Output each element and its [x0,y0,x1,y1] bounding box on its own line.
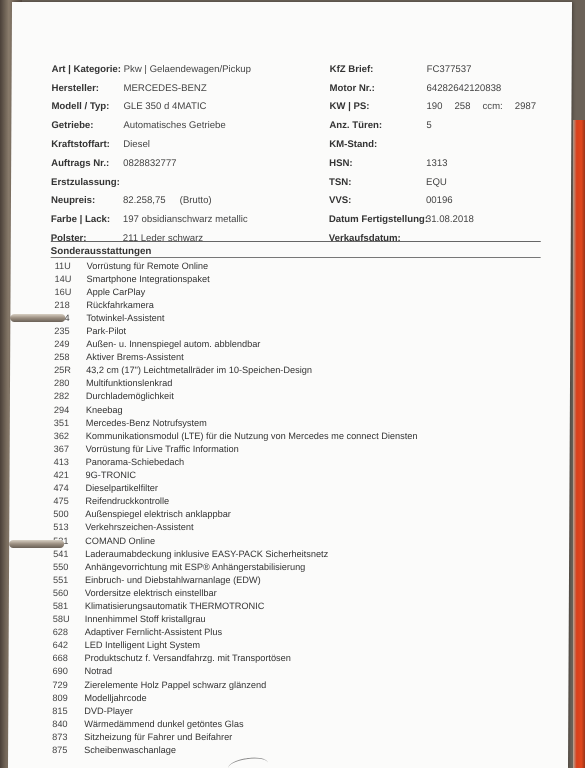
list-item: 362Kommunikationsmodul (LTE) für die Nut… [54,429,534,442]
equipment-code: 513 [53,522,85,532]
field-verkaufsdatum: Verkaufsdatum: [329,229,569,248]
list-item: 351Mercedes-Benz Notrufsystem [54,416,534,429]
equipment-description: Kommunikationsmodul (LTE) für die Nutzun… [86,431,418,441]
field-modell-typ: Modell / Typ:GLE 350 d 4MATIC [51,98,321,117]
equipment-description: Smartphone Integrationspaket [87,274,210,284]
list-item: 581Klimatisierungsautomatik THERMOTRONIC [53,599,533,612]
equipment-code: 362 [54,431,86,441]
equipment-description: Modelljahrcode [84,693,146,703]
field-motor-nr: Motor Nr.:64282642120838 [330,79,570,98]
equipment-code: 282 [54,391,86,401]
equipment-description: Adaptiver Fernlicht-Assistent Plus [85,627,222,637]
binder-ring-top [10,314,65,322]
equipment-description: Scheibenwaschanlage [84,745,176,755]
vehicle-data-sheet: Art | Kategorie:Pkw | Gelaendewagen/Pick… [8,2,572,768]
list-item: 4219G-TRONIC [53,469,533,482]
field-datum-fertigstellung: Datum Fertigstellung:31.08.2018 [329,210,569,229]
equipment-description: Kneebag [86,405,123,415]
field-km-stand: KM-Stand: [329,135,569,154]
equipment-code: 58U [53,614,85,624]
list-item: 413Panorama-Schiebedach [54,455,534,468]
field-kraftstoffart: Kraftstoffart:Diesel [51,135,321,154]
equipment-description: Reifendruckkontrolle [85,496,169,506]
field-anz-tueren: Anz. Türen:5 [329,116,569,135]
equipment-code: 550 [53,562,85,572]
list-item: 25R43,2 cm (17") Leichtmetallräder im 10… [54,364,534,377]
equipment-code: 421 [54,470,86,480]
equipment-code: 551 [53,575,85,585]
equipment-code: 351 [54,418,86,428]
field-kw-ps: KW | PS:190258ccm:2987 [329,98,569,117]
field-vvs: VVS:00196 [329,192,569,211]
list-item: 218Rückfahrkamera [54,298,534,311]
equipment-description: Totwinkel-Assistent [86,313,164,323]
list-item: 875Scheibenwaschanlage [52,743,532,756]
equipment-description: Notrad [84,666,112,676]
field-getriebe: Getriebe:Automatisches Getriebe [51,116,321,135]
field-erstzulassung: Erstzulassung: [51,173,321,192]
equipment-description: 9G-TRONIC [86,470,137,480]
binder-ring-bottom [9,540,64,548]
equipment-code: 500 [53,509,85,519]
equipment-code: 809 [52,693,84,703]
list-item: 500Außenspiegel elektrisch anklappbar [53,508,533,521]
equipment-code: 11U [55,261,87,271]
list-item: 14USmartphone Integrationspaket [55,272,535,285]
equipment-description: Innenhimmel Stoff kristallgrau [85,614,206,624]
equipment-code: 258 [54,352,86,362]
equipment-code: 668 [53,653,85,663]
equipment-code: 235 [54,326,86,336]
equipment-description: Aktiver Brems-Assistent [86,352,184,362]
list-item: 531COMAND Online [53,534,533,547]
equipment-code: 690 [52,666,84,676]
equipment-description: Apple CarPlay [86,287,145,297]
vehicle-info-left: Art | Kategorie:Pkw | Gelaendewagen/Pick… [51,60,322,248]
equipment-code: 14U [55,274,87,284]
equipment-code: 840 [52,719,84,729]
field-kfz-brief: KfZ Brief:FC377537 [330,60,570,79]
list-item: 249Außen- u. Innenspiegel autom. abblend… [54,338,534,351]
list-item: 642LED Intelligent Light System [53,639,533,652]
equipment-description: Park-Pilot [86,326,126,336]
field-neupreis: Neupreis:82.258,75(Brutto) [51,192,321,211]
equipment-description: LED Intelligent Light System [85,640,200,650]
equipment-description: Einbruch- und Diebstahlwarnanlage (EDW) [85,575,261,585]
divider [51,257,541,258]
list-item: 513Verkehrszeichen-Assistent [53,521,533,534]
field-farbe-lack: Farbe | Lack:197 obsidianschwarz metalli… [51,210,321,229]
list-item: 58UInnenhimmel Stoff kristallgrau [53,613,533,626]
equipment-description: Vorrüstung für Remote Online [87,261,209,271]
list-item: 668Produktschutz f. Versandfahrzg. mit T… [53,652,533,665]
equipment-code: 815 [52,706,84,716]
equipment-description: Sitzheizung für Fahrer und Beifahrer [84,732,232,742]
equipment-description: COMAND Online [85,536,155,546]
equipment-description: Panorama-Schiebedach [86,457,185,467]
list-item: 628Adaptiver Fernlicht-Assistent Plus [53,626,533,639]
list-item: 294Kneebag [54,403,534,416]
list-item: 560Vordersitze elektrisch einstellbar [53,586,533,599]
equipment-description: Außenspiegel elektrisch anklappbar [85,509,231,519]
list-item: 258Aktiver Brems-Assistent [54,351,534,364]
equipment-code: 474 [53,483,85,493]
list-item: 815DVD-Player [52,704,532,717]
equipment-description: Verkehrszeichen-Assistent [85,522,193,532]
equipment-description: Wärmedämmend dunkel getöntes Glas [84,719,243,729]
section-title-sonderausstattungen: Sonderausstattungen [51,246,152,257]
equipment-description: Rückfahrkamera [86,300,153,310]
list-item: 474Dieselpartikelfilter [53,482,533,495]
list-item: 234Totwinkel-Assistent [54,311,534,324]
equipment-code: 560 [53,588,85,598]
equipment-description: Laderaumabdeckung inklusive EASY-PACK Si… [85,549,328,559]
equipment-code: 25R [54,365,86,375]
equipment-description: Zierelemente Holz Pappel schwarz glänzen… [84,680,266,690]
list-item: 840Wärmedämmend dunkel getöntes Glas [52,717,532,730]
equipment-code: 642 [53,640,85,650]
equipment-description: Dieselpartikelfilter [85,483,158,493]
list-item: 551Einbruch- und Diebstahlwarnanlage (ED… [53,573,533,586]
equipment-code: 218 [54,300,86,310]
equipment-description: 43,2 cm (17") Leichtmetallräder im 10-Sp… [86,365,312,375]
equipment-code: 729 [52,680,84,690]
list-item: 541Laderaumabdeckung inklusive EASY-PACK… [53,547,533,560]
equipment-code: 367 [54,444,86,454]
list-item: 729Zierelemente Holz Pappel schwarz glän… [52,678,532,691]
equipment-code: 413 [54,457,86,467]
equipment-code: 873 [52,732,84,742]
list-item: 873Sitzheizung für Fahrer und Beifahrer [52,730,532,743]
vehicle-info-right: KfZ Brief:FC377537 Motor Nr.:64282642120… [329,60,570,248]
divider [51,241,541,242]
field-hersteller: Hersteller:MERCEDES-BENZ [52,79,322,98]
list-item: 367Vorrüstung für Live Traffic Informati… [54,442,534,455]
field-art-kategorie: Art | Kategorie:Pkw | Gelaendewagen/Pick… [52,60,322,79]
equipment-description: Vordersitze elektrisch einstellbar [85,588,217,598]
equipment-description: Produktschutz f. Versandfahrzg. mit Tran… [85,653,291,663]
field-tsn: TSN:EQU [329,173,569,192]
equipment-code: 628 [53,627,85,637]
equipment-code: 541 [53,549,85,559]
equipment-description: DVD-Player [84,706,133,716]
red-folder-edge [573,120,585,768]
equipment-code: 294 [54,405,86,415]
equipment-code: 249 [54,339,86,349]
list-item: 11UVorrüstung für Remote Online [55,259,535,272]
equipment-description: Durchlademöglichkeit [86,391,174,401]
equipment-code: 875 [52,745,84,755]
signature-mark [227,755,269,768]
list-item: 280Multifunktionslenkrad [54,377,534,390]
list-item: 282Durchlademöglichkeit [54,390,534,403]
equipment-code: 16U [54,287,86,297]
equipment-description: Mercedes-Benz Notrufsystem [86,418,207,428]
equipment-code: 581 [53,601,85,611]
list-item: 809Modelljahrcode [52,691,532,704]
equipment-description: Anhängevorrichtung mit ESP® Anhängerstab… [85,562,305,572]
list-item: 475Reifendruckkontrolle [53,495,533,508]
equipment-code: 475 [53,496,85,506]
equipment-description: Außen- u. Innenspiegel autom. abblendbar [86,339,260,349]
field-auftrags-nr: Auftrags Nr.:0828832777 [51,154,321,173]
equipment-description: Multifunktionslenkrad [86,378,172,388]
list-item: 690Notrad [52,665,532,678]
list-item: 16UApple CarPlay [54,285,534,298]
equipment-list: 11UVorrüstung für Remote Online14USmartp… [52,259,535,757]
equipment-description: Klimatisierungsautomatik THERMOTRONIC [85,601,265,611]
equipment-description: Vorrüstung für Live Traffic Information [86,444,239,454]
list-item: 235Park-Pilot [54,324,534,337]
field-hsn: HSN:1313 [329,154,569,173]
equipment-code: 280 [54,378,86,388]
list-item: 550Anhängevorrichtung mit ESP® Anhängers… [53,560,533,573]
